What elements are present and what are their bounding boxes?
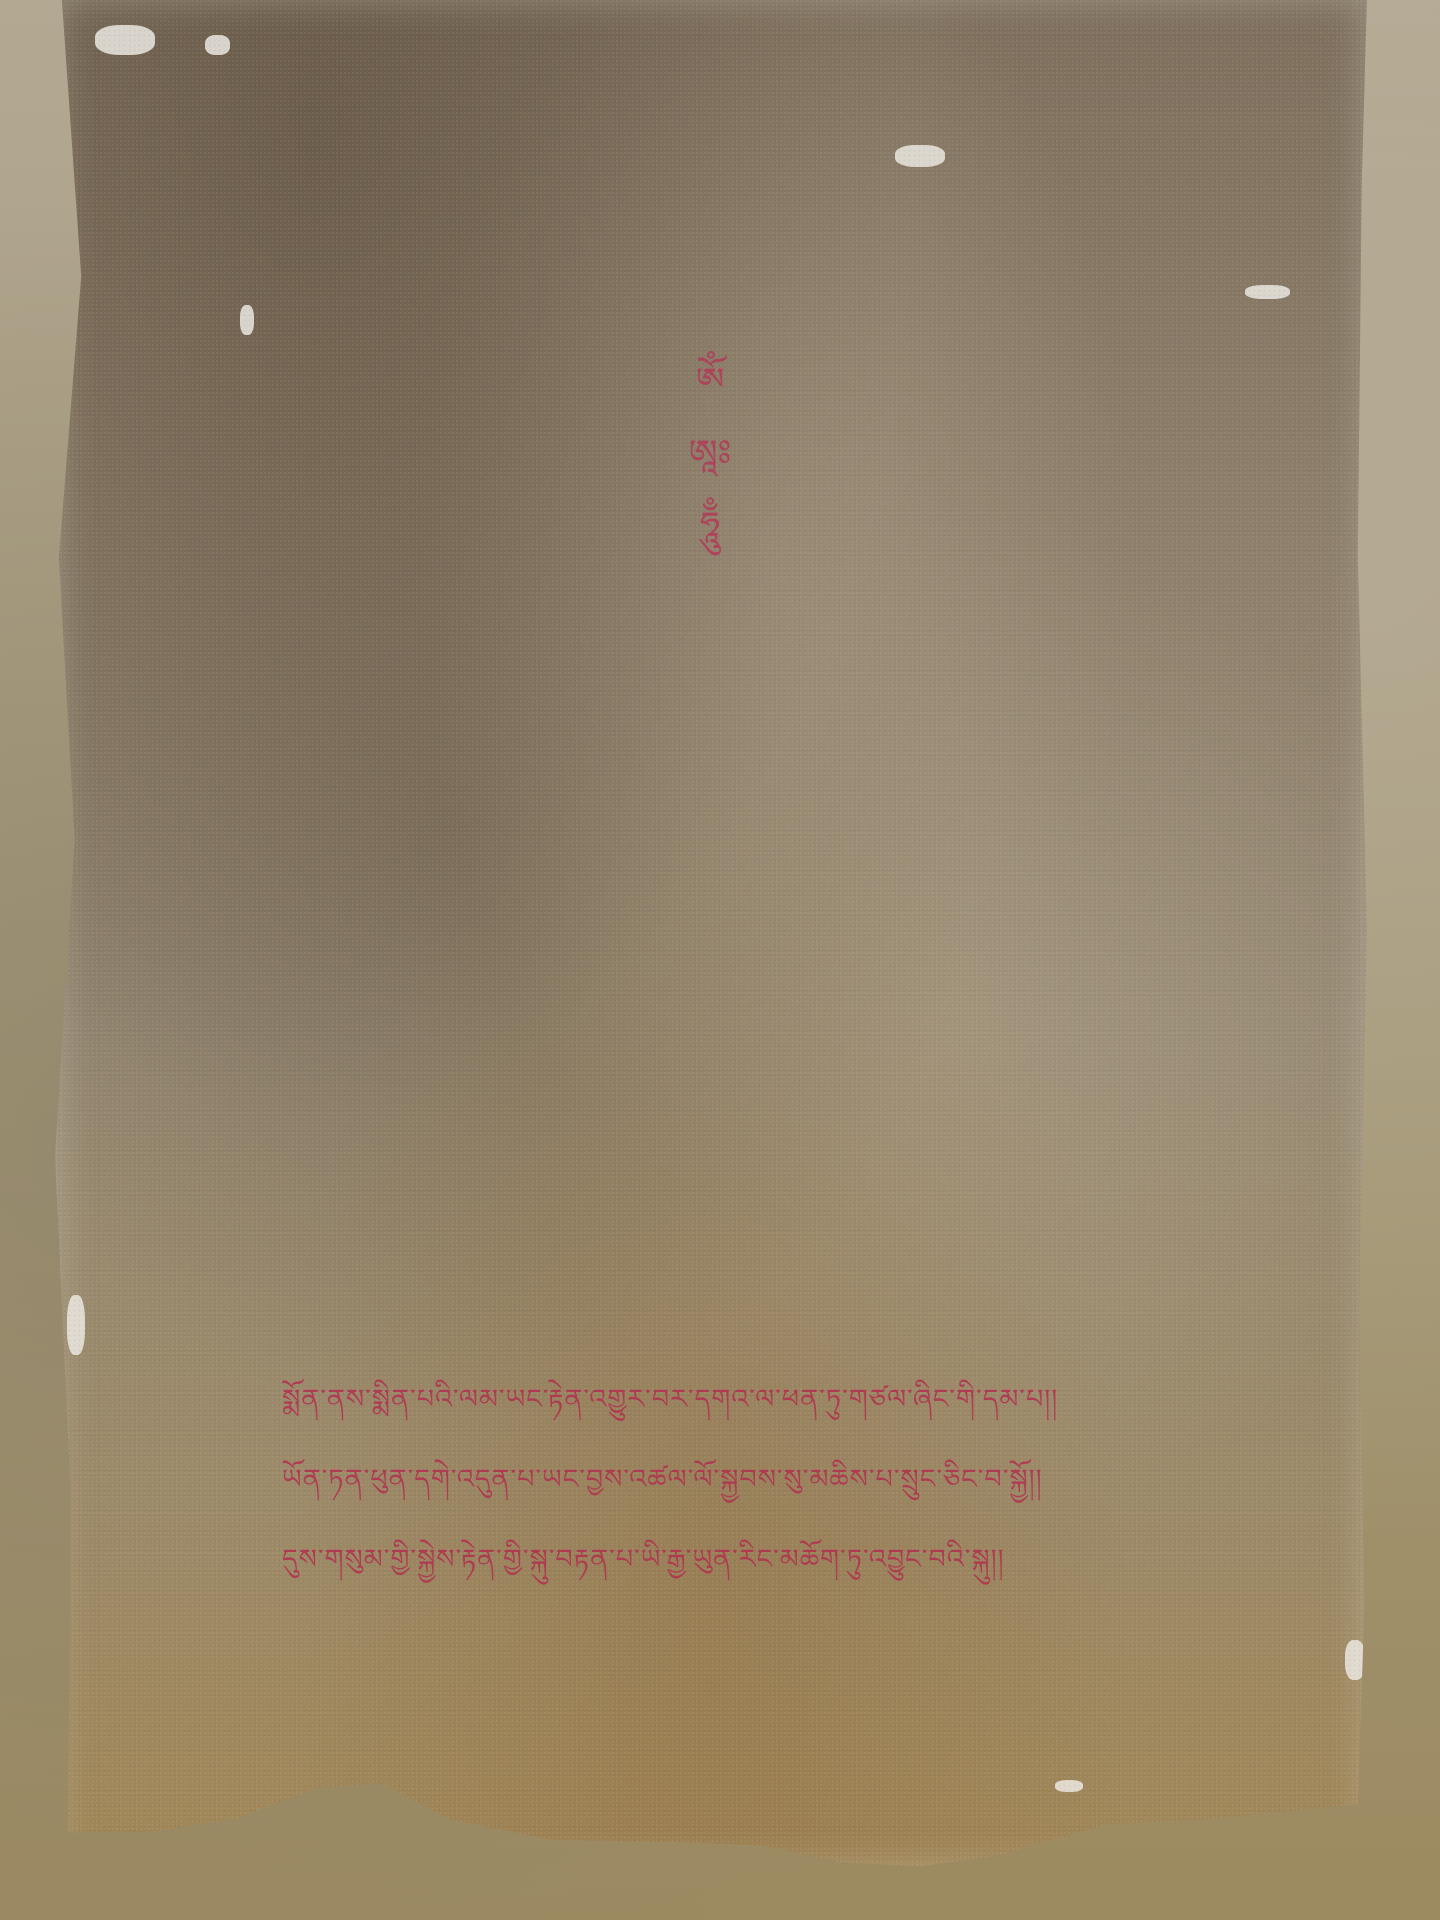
syllable-om: ཨོཾ <box>696 360 725 404</box>
paint-flake <box>67 1295 85 1355</box>
paint-flake <box>895 145 945 167</box>
paint-flake <box>205 35 230 55</box>
paint-flake <box>240 305 254 335</box>
paint-flake <box>95 25 155 55</box>
syllable-ah: ཨཱཿ <box>689 432 732 476</box>
paint-flake <box>1055 1780 1083 1792</box>
syllable-hung: ཧཱུྃ <box>700 504 720 548</box>
paint-flake <box>1245 285 1290 299</box>
inscription-line: སྨོན་ནས་སྨིན་པའི་ལམ་ཡང་རྟེན་འགྱུར་བར་དགའ… <box>282 1375 1152 1425</box>
paint-flake <box>1345 1640 1365 1680</box>
inscription-block: སྨོན་ནས་སྨིན་པའི་ལམ་ཡང་རྟེན་འགྱུར་བར་དགའ… <box>282 1375 1152 1585</box>
thangka-canvas-back <box>55 0 1367 1870</box>
inscription-line: དུས་གསུམ་གྱི་སྐྱེས་རྟེན་གྱི་སྐུ་བརྟན་པ་ཡ… <box>282 1535 1152 1585</box>
inscription-line: ཡོན་ཏན་ཕུན་དགེ་འདུན་པ་ཡང་བྱས་འཚལ་ལོ་སྐྱབ… <box>282 1455 1152 1505</box>
seed-syllables: ཨོཾ ཨཱཿ ཧཱུྃ <box>690 360 730 548</box>
